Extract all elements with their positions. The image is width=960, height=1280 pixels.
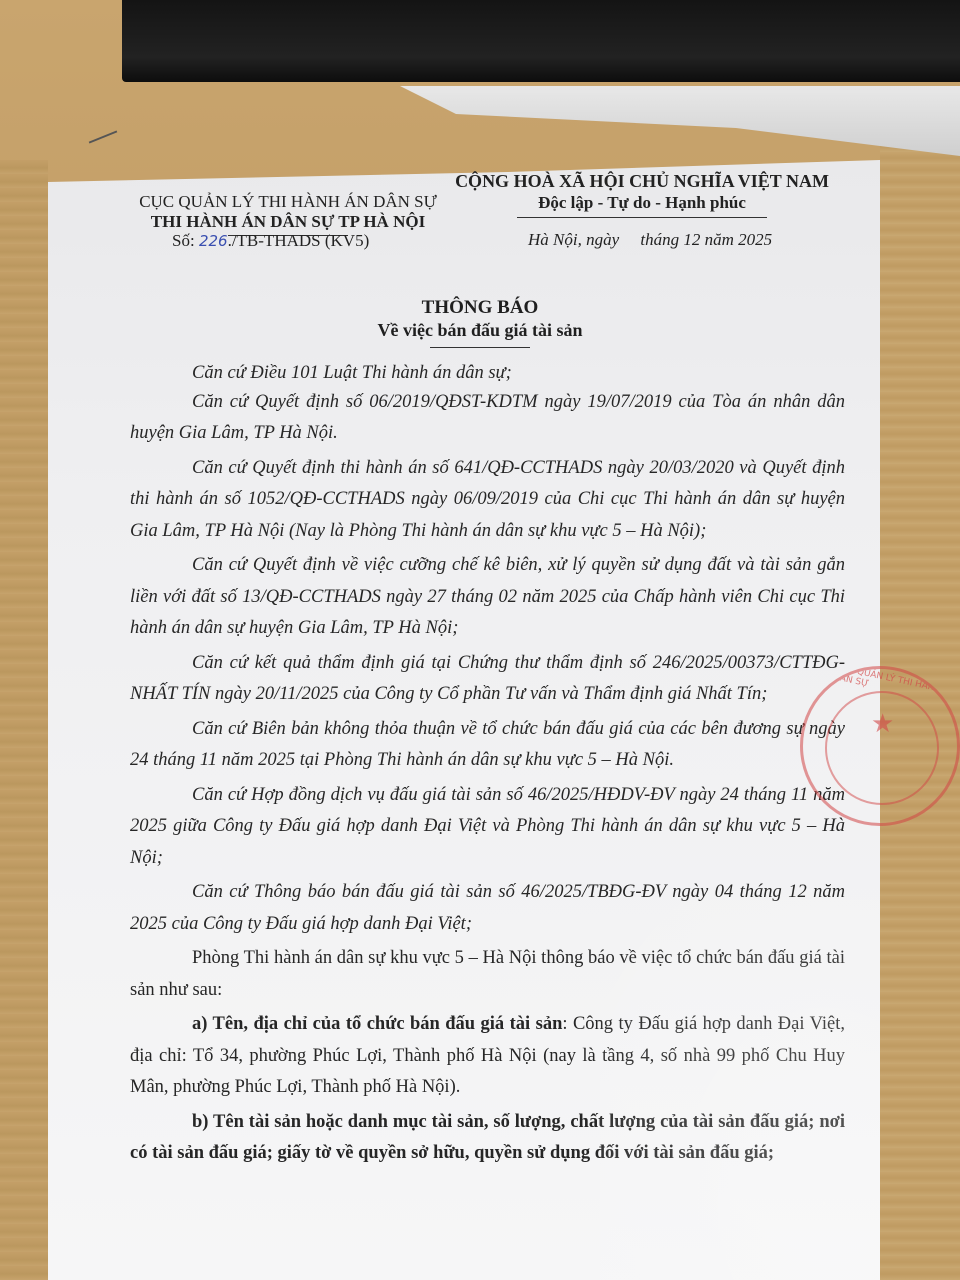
legal-basis-5: Căn cứ kết quả thẩm định giá tại Chứng t…	[130, 648, 845, 711]
title-subject: Về việc bán đấu giá tài sản	[0, 319, 960, 341]
motto-underline	[517, 217, 767, 218]
title-main: THÔNG BÁO	[0, 297, 960, 319]
legal-basis-2: Căn cứ Quyết định số 06/2019/QĐST-KDTM n…	[130, 387, 845, 450]
agency-parent: CỤC QUẢN LÝ THI HÀNH ÁN DÂN SỰ	[138, 192, 438, 212]
reference-number: Số: 226./TB-THADS (KV5)	[172, 231, 369, 251]
section-a: a) Tên, địa chỉ của tổ chức bán đấu giá …	[130, 1009, 845, 1104]
agency-name: THI HÀNH ÁN DÂN SỰ TP HÀ NỘI	[138, 212, 438, 232]
title-underline	[430, 347, 530, 348]
handwritten-number: 226	[199, 232, 228, 250]
section-a-label: a) Tên, địa chỉ của tổ chức bán đấu giá …	[192, 1014, 562, 1034]
monitor-base	[122, 0, 960, 82]
document-title: THÔNG BÁO Về việc bán đấu giá tài sản	[0, 297, 960, 348]
legal-basis-6: Căn cứ Biên bản không thỏa thuận về tổ c…	[130, 714, 845, 777]
pen-mark	[89, 130, 118, 143]
legal-basis-3: Căn cứ Quyết định thi hành án số 641/QĐ-…	[130, 453, 845, 548]
legal-basis-1: Căn cứ Điều 101 Luật Thi hành án dân sự;	[130, 358, 845, 390]
national-motto-header: CỘNG HOÀ XÃ HỘI CHỦ NGHĨA VIỆT NAM Độc l…	[452, 170, 832, 218]
issuing-agency-header: CỤC QUẢN LÝ THI HÀNH ÁN DÂN SỰ THI HÀNH …	[138, 192, 438, 236]
document-body: Căn cứ Điều 101 Luật Thi hành án dân sự;…	[130, 358, 845, 1173]
motto: Độc lập - Tự do - Hạnh phúc	[452, 192, 832, 214]
legal-basis-8: Căn cứ Thông báo bán đấu giá tài sản số …	[130, 877, 845, 940]
official-seal: CỤC QUẢN LÝ THI HÀNH ÁN DÂN SỰ ★	[800, 666, 960, 826]
announcement-intro: Phòng Thi hành án dân sự khu vực 5 – Hà …	[130, 943, 845, 1006]
issue-date: Hà Nội, ngày tháng 12 năm 2025	[528, 230, 772, 250]
legal-basis-4: Căn cứ Quyết định về việc cưỡng chế kê b…	[130, 550, 845, 645]
section-b: b) Tên tài sản hoặc danh mục tài sản, số…	[130, 1107, 845, 1170]
reference-suffix: ./TB-THADS (KV5)	[228, 231, 370, 250]
background-papers	[400, 86, 960, 156]
reference-prefix: Số:	[172, 231, 199, 250]
star-icon: ★	[871, 709, 894, 739]
legal-basis-7: Căn cứ Hợp đồng dịch vụ đấu giá tài sản …	[130, 780, 845, 875]
country-name: CỘNG HOÀ XÃ HỘI CHỦ NGHĨA VIỆT NAM	[452, 170, 832, 192]
